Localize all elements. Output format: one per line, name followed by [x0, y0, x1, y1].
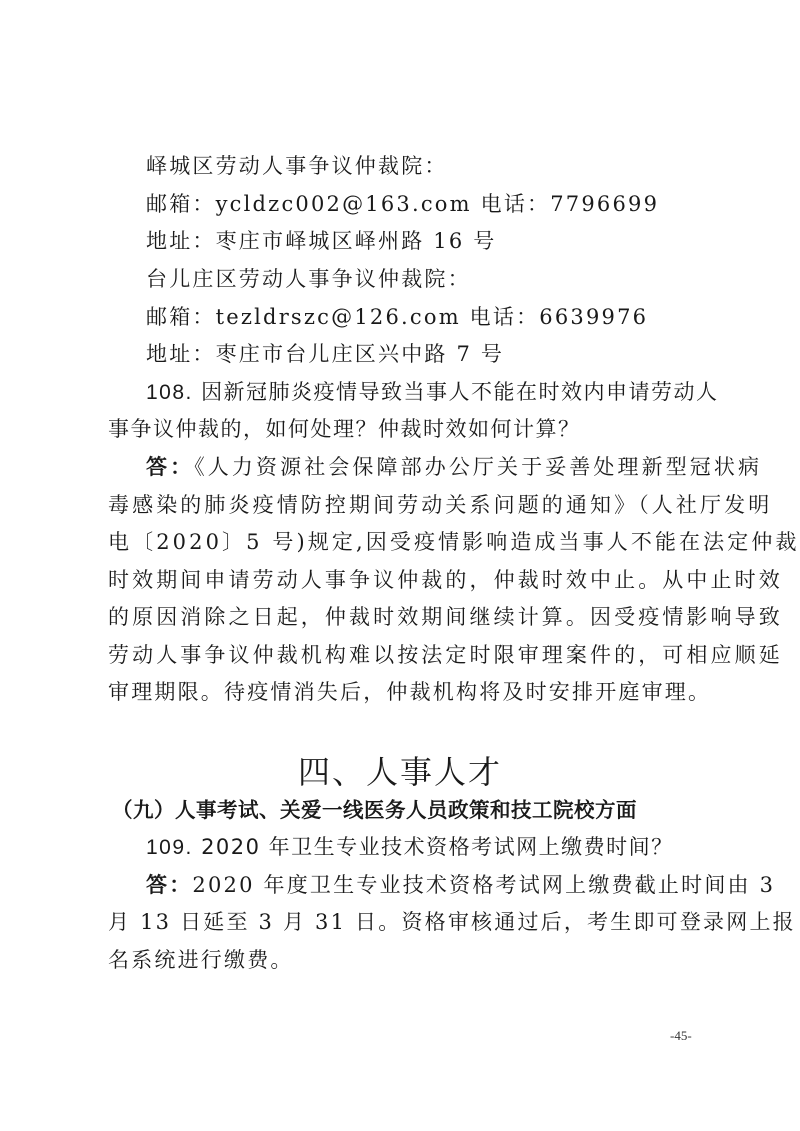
contact-email-phone-taierzhuang: 邮箱：tezldrszc@126.com 电话：6639976	[146, 303, 746, 331]
answer-109-line2: 月 13 日延至 3 月 31 日。资格审核通过后，考生即可登录网上报	[108, 908, 708, 936]
answer-108-line3: 电〔2020〕5 号)规定,因受疫情影响造成当事人不能在法定仲裁	[108, 528, 708, 556]
page-number: -45-	[670, 1028, 692, 1044]
answer-108-line6: 劳动人事争议仲裁机构难以按法定时限审理案件的，可相应顺延	[108, 641, 708, 669]
answer-108-line5: 的原因消除之日起，仲裁时效期间继续计算。因受疫情影响导致	[108, 603, 708, 631]
question-number: 108.	[146, 381, 193, 404]
contact-address-yicheng: 地址：枣庄市峄城区峄州路 16 号	[146, 227, 746, 255]
answer-label: 答：	[146, 454, 194, 479]
section-subtitle: （九）人事考试、关爱一线医务人员政策和技工院校方面	[112, 796, 637, 824]
contact-email-phone-yicheng: 邮箱：ycldzc002@163.com 电话：7796699	[146, 190, 746, 218]
question-text: 因新冠肺炎疫情导致当事人不能在时效内申请劳动人	[201, 380, 719, 404]
answer-108-line1: 答：《人力资源社会保障部办公厅关于妥善处理新型冠状病	[146, 453, 746, 481]
contact-address-taierzhuang: 地址：枣庄市台儿庄区兴中路 7 号	[146, 340, 746, 368]
answer-label: 答：	[146, 872, 192, 897]
answer-108-line2: 毒感染的肺炎疫情防控期间劳动关系问题的通知》（人社厅发明	[108, 491, 708, 519]
answer-109-line3: 名系统进行缴费。	[108, 946, 708, 974]
section-title: 四、人事人才	[0, 752, 800, 792]
question-number: 109.	[146, 836, 193, 859]
contact-name-taierzhuang: 台儿庄区劳动人事争议仲裁院：	[146, 265, 746, 293]
answer-109-line1: 答：2020 年度卫生专业技术资格考试网上缴费截止时间由 3	[146, 871, 746, 899]
question-108-line1: 108. 因新冠肺炎疫情导致当事人不能在时效内申请劳动人	[146, 378, 746, 407]
answer-text: 2020 年度卫生专业技术资格考试网上缴费截止时间由 3	[192, 873, 775, 897]
contact-name-yicheng: 峄城区劳动人事争议仲裁院：	[146, 152, 746, 180]
answer-108-line4: 时效期间申请劳动人事争议仲裁的，仲裁时效中止。从中止时效	[108, 566, 708, 594]
answer-108-line7: 审理期限。待疫情消失后，仲裁机构将及时安排开庭审理。	[108, 678, 708, 706]
question-109: 109. 2020 年卫生专业技术资格考试网上缴费时间？	[146, 833, 746, 862]
answer-text: 《人力资源社会保障部办公厅关于妥善处理新型冠状病	[194, 455, 762, 479]
question-108-line2: 事争议仲裁的，如何处理？仲裁时效如何计算？	[108, 415, 708, 443]
question-text: 2020 年卫生专业技术资格考试网上缴费时间？	[201, 835, 674, 859]
document-page: 峄城区劳动人事争议仲裁院： 邮箱：ycldzc002@163.com 电话：77…	[0, 0, 800, 1131]
